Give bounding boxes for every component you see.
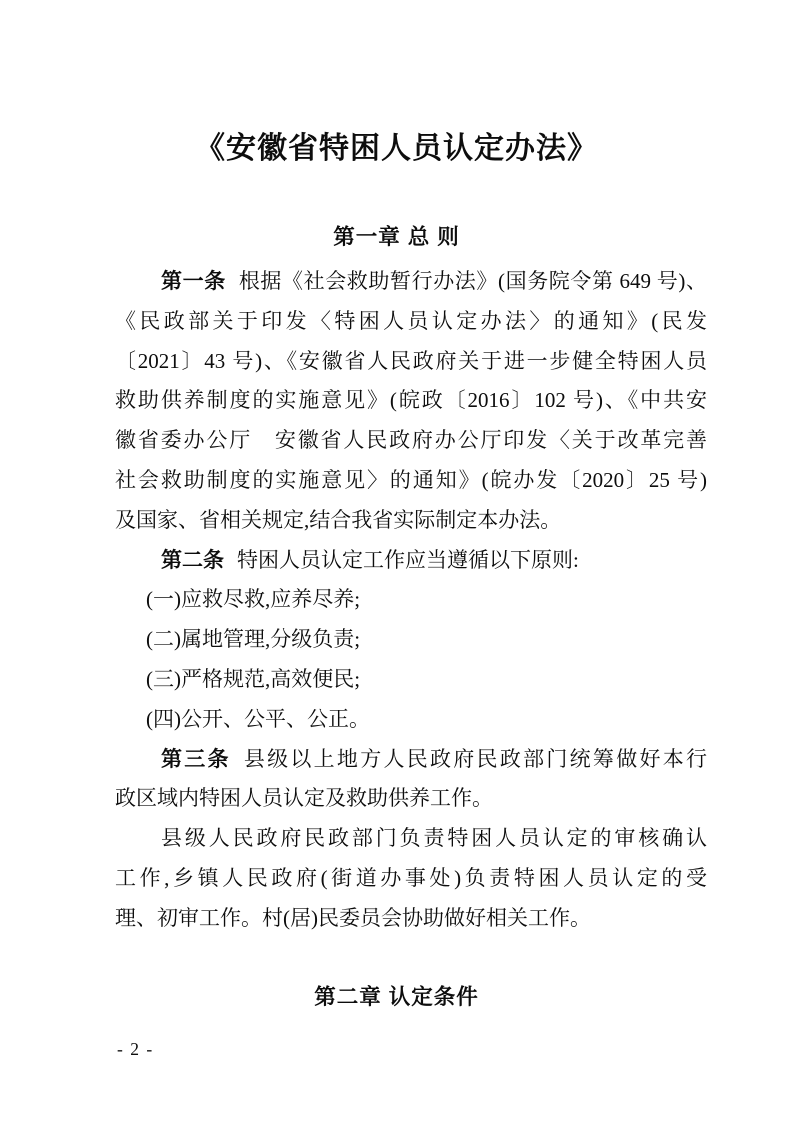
body-line: 第二条特困人员认定工作应当遵循以下原则: bbox=[115, 541, 707, 581]
body-line: 理、初审工作。村(居)民委员会协助做好相关工作。 bbox=[115, 899, 707, 939]
body-line: 第三条县级以上地方人民政府民政部门统筹做好本行 bbox=[115, 740, 707, 780]
article-number: 第一条 bbox=[161, 269, 226, 293]
body-line: 救助供养制度的实施意见》(皖政〔2016〕102 号)、《中共安 bbox=[115, 381, 707, 421]
body-line-text: 社会救助制度的实施意见〉的通知》(皖办发〔2020〕25 号) bbox=[115, 468, 707, 492]
document-title: 《安徽省特困人员认定办法》 bbox=[0, 126, 793, 172]
body-line: 徽省委办公厅 安徽省人民政府办公厅印发〈关于改革完善 bbox=[115, 421, 707, 461]
body-line: (一)应救尽救,应养尽养; bbox=[115, 580, 707, 620]
body-line-text: 政区域内特困人员认定及救助供养工作。 bbox=[115, 786, 493, 810]
body-line-text: 特困人员认定工作应当遵循以下原则: bbox=[237, 548, 579, 572]
body-line: (四)公开、公平、公正。 bbox=[115, 700, 707, 740]
body-line-text: 〔2021〕43 号)、《安徽省人民政府关于进一步健全特困人员 bbox=[115, 349, 707, 373]
body-line: 及国家、省相关规定,结合我省实际制定本办法。 bbox=[115, 501, 707, 541]
body-line-text: (四)公开、公平、公正。 bbox=[146, 707, 370, 731]
body-line-text: 县级以上地方人民政府民政部门统筹做好本行 bbox=[244, 747, 707, 771]
body-line-text: (一)应救尽救,应养尽养; bbox=[146, 587, 360, 611]
body-line: (二)属地管理,分级负责; bbox=[115, 620, 707, 660]
document-page: 《安徽省特困人员认定办法》 第一章 总 则 第一条根据《社会救助暂行办法》(国务… bbox=[0, 0, 793, 1122]
body-line: (三)严格规范,高效便民; bbox=[115, 660, 707, 700]
body-line-text: 及国家、省相关规定,结合我省实际制定本办法。 bbox=[115, 508, 561, 532]
body-line: 《民政部关于印发〈特困人员认定办法〉的通知》(民发 bbox=[115, 302, 707, 342]
body-line: 社会救助制度的实施意见〉的通知》(皖办发〔2020〕25 号) bbox=[115, 461, 707, 501]
body-line: 县级人民政府民政部门负责特困人员认定的审核确认 bbox=[115, 819, 707, 859]
chapter-heading-1: 第一章 总 则 bbox=[0, 217, 793, 257]
body-line-text: 救助供养制度的实施意见》(皖政〔2016〕102 号)、《中共安 bbox=[115, 388, 707, 412]
body-line-text: (二)属地管理,分级负责; bbox=[146, 627, 360, 651]
body-line: 第一条根据《社会救助暂行办法》(国务院令第 649 号)、 bbox=[115, 262, 707, 302]
body-line-text: 根据《社会救助暂行办法》(国务院令第 649 号)、 bbox=[239, 269, 707, 293]
chapter-heading-2: 第二章 认定条件 bbox=[0, 977, 793, 1017]
body-line-text: 理、初审工作。村(居)民委员会协助做好相关工作。 bbox=[115, 906, 591, 930]
body-line-text: 县级人民政府民政部门负责特困人员认定的审核确认 bbox=[161, 826, 707, 850]
article-number: 第二条 bbox=[161, 548, 224, 572]
body-line: 工作,乡镇人民政府(街道办事处)负责特困人员认定的受 bbox=[115, 859, 707, 899]
article-number: 第三条 bbox=[161, 747, 231, 771]
body-line-text: (三)严格规范,高效便民; bbox=[146, 667, 360, 691]
page-number: - 2 - bbox=[117, 1038, 154, 1060]
body-line-text: 《民政部关于印发〈特困人员认定办法〉的通知》(民发 bbox=[115, 309, 707, 333]
body-line-text: 工作,乡镇人民政府(街道办事处)负责特困人员认定的受 bbox=[115, 866, 707, 890]
body-line: 政区域内特困人员认定及救助供养工作。 bbox=[115, 779, 707, 819]
document-body: 第一条根据《社会救助暂行办法》(国务院令第 649 号)、《民政部关于印发〈特困… bbox=[115, 262, 707, 939]
body-line-text: 徽省委办公厅 安徽省人民政府办公厅印发〈关于改革完善 bbox=[115, 428, 707, 452]
body-line: 〔2021〕43 号)、《安徽省人民政府关于进一步健全特困人员 bbox=[115, 342, 707, 382]
